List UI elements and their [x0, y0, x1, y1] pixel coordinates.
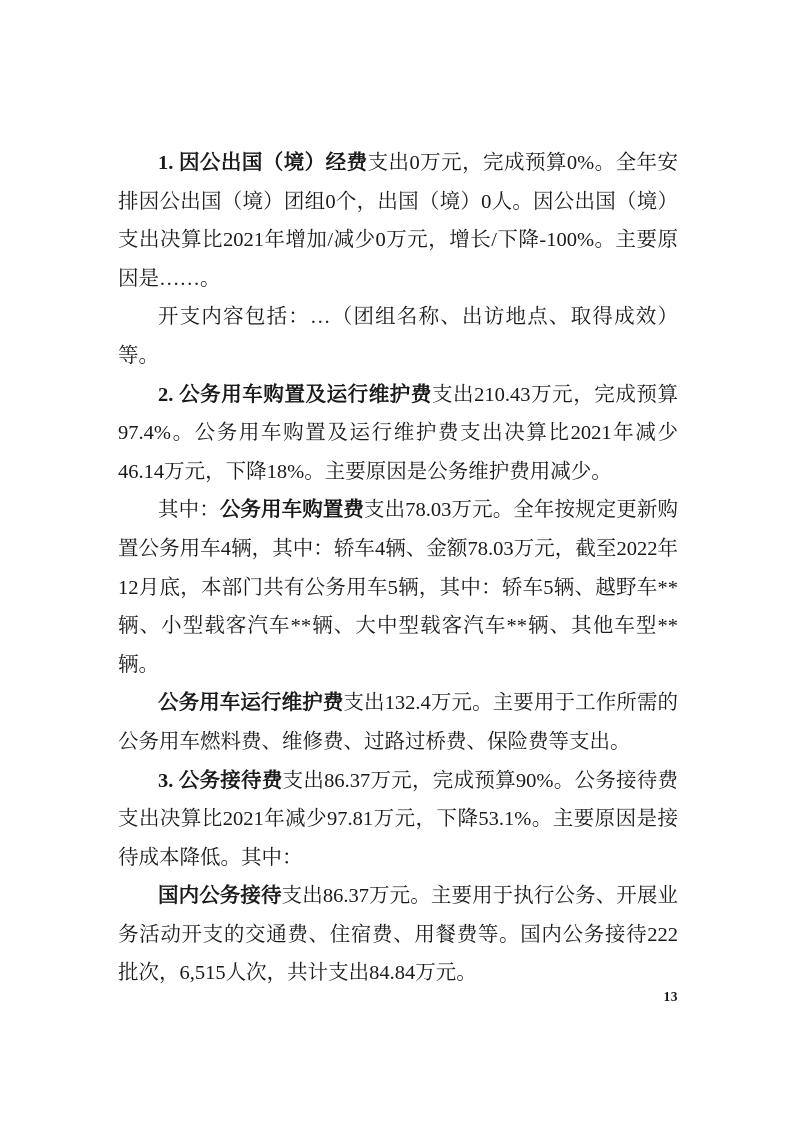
- page-number: 13: [118, 989, 678, 1005]
- para-lead-bold: 2. 公务用车购置及运行维护费: [158, 384, 432, 406]
- para-body-text: 支出78.03万元。全年按规定更新购置公务用车4辆，其中：轿车4辆、金额78.0…: [118, 499, 678, 675]
- para-2-vehicle-expense: 2. 公务用车购置及运行维护费支出210.43万元，完成预算97.4%。公务用车…: [118, 376, 678, 492]
- para-overseas-content-note: 开支内容包括：…（团组名称、出访地点、取得成效）等。: [118, 298, 678, 375]
- para-lead-bold: 公务用车运行维护费: [158, 692, 343, 714]
- para-pre-text: 其中：: [158, 499, 220, 521]
- para-1-overseas-expense: 1. 因公出国（境）经费支出0万元，完成预算0%。全年安排因公出国（境）团组0个…: [118, 144, 678, 298]
- para-lead-bold: 3. 公务接待费: [158, 770, 283, 792]
- para-lead-bold: 国内公务接待: [158, 885, 282, 907]
- para-lead-bold: 公务用车购置费: [220, 499, 364, 521]
- para-pre-text: 开支内容包括：…（团组名称、出访地点、取得成效）等。: [118, 306, 678, 367]
- para-lead-bold: 1. 因公出国（境）经费: [158, 152, 368, 174]
- para-3-reception-expense: 3. 公务接待费支出86.37万元，完成预算90%。公务接待费支出决算比2021…: [118, 762, 678, 878]
- document-body: 1. 因公出国（境）经费支出0万元，完成预算0%。全年安排因公出国（境）团组0个…: [118, 144, 678, 993]
- para-vehicle-purchase: 其中：公务用车购置费支出78.03万元。全年按规定更新购置公务用车4辆，其中：轿…: [118, 491, 678, 684]
- para-domestic-reception: 国内公务接待支出86.37万元。主要用于执行公务、开展业务活动开支的交通费、住宿…: [118, 877, 678, 993]
- para-vehicle-maintenance: 公务用车运行维护费支出132.4万元。主要用于工作所需的公务用车燃料费、维修费、…: [118, 684, 678, 761]
- document-page: 1. 因公出国（境）经费支出0万元，完成预算0%。全年安排因公出国（境）团组0个…: [0, 0, 794, 1122]
